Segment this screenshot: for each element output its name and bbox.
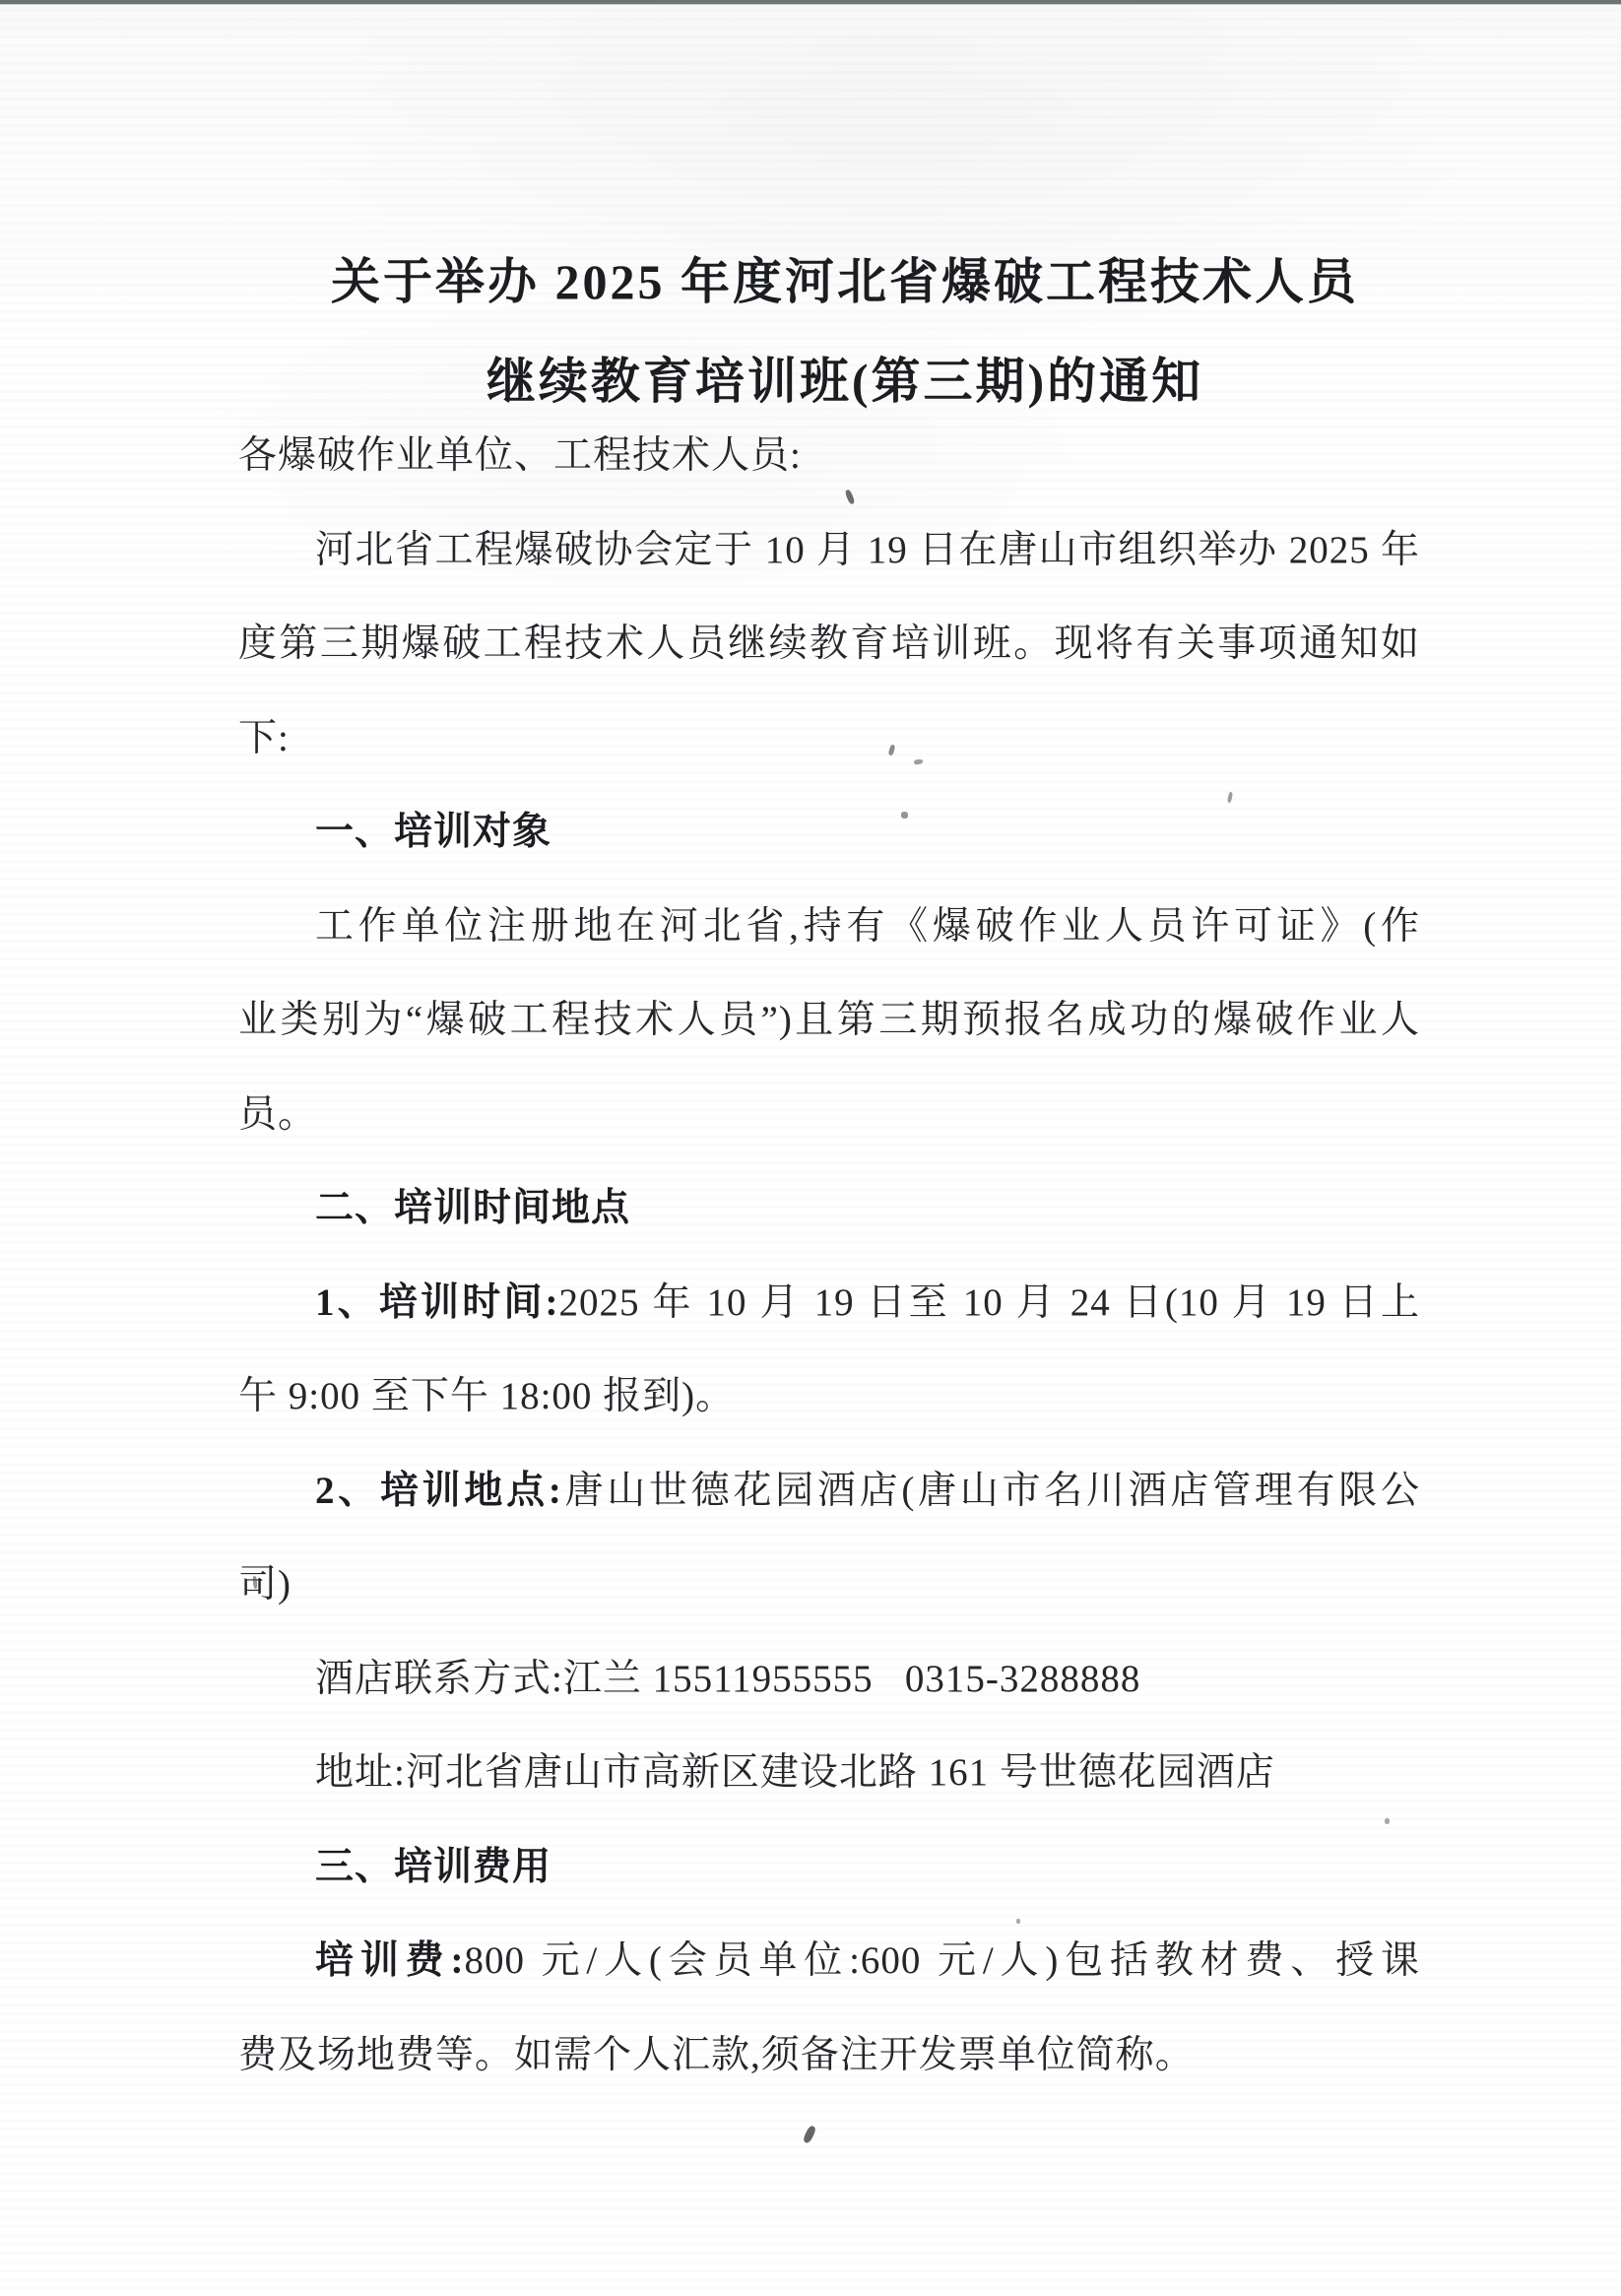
salutation-line: 各爆破作业单位、工程技术人员: [238, 431, 1420, 526]
section-heading-2: 二、培训时间地点 [238, 1184, 1420, 1279]
training-time-line-2: 午 9:00 至下午 18:00 报到)。 [238, 1372, 1420, 1467]
training-time-line-1: 1、培训时间:2025 年 10 月 19 日至 10 月 24 日(10 月 … [238, 1279, 1420, 1373]
document-body: 各爆破作业单位、工程技术人员: 河北省工程爆破协会定于 10 月 19 日在唐山… [238, 431, 1420, 2125]
scan-speckle [802, 2125, 816, 2144]
intro-line-1: 河北省工程爆破协会定于 10 月 19 日在唐山市组织举办 2025 年 [238, 526, 1420, 621]
intro-line-2: 度第三期爆破工程技术人员继续教育培训班。现将有关事项通知如 [238, 620, 1420, 714]
document-title: 关于举办 2025 年度河北省爆破工程技术人员 继续教育培训班(第三期)的通知 [254, 232, 1436, 431]
section-heading-1: 一、培训对象 [238, 808, 1420, 902]
section1-line-2: 业类别为“爆破工程技术人员”)且第三期预报名成功的爆破作业人 [238, 996, 1420, 1090]
fee-line-2: 费及场地费等。如需个人汇款,须备注开发票单位简称。 [238, 2031, 1420, 2126]
training-place-line-2: 司) [238, 1560, 1420, 1655]
fee-line-1: 培训费:800 元/人(会员单位:600 元/人)包括教材费、授课 [238, 1936, 1420, 2031]
hotel-address-line: 地址:河北省唐山市高新区建设北路 161 号世德花园酒店 [238, 1748, 1420, 1843]
training-place-line-1: 2、培训地点:唐山世德花园酒店(唐山市名川酒店管理有限公 [238, 1467, 1420, 1561]
section1-line-1: 工作单位注册地在河北省,持有《爆破作业人员许可证》(作 [238, 902, 1420, 997]
intro-line-3: 下: [238, 714, 1420, 809]
section1-line-3: 员。 [238, 1090, 1420, 1185]
section-heading-3: 三、培训费用 [238, 1843, 1420, 1937]
title-line-2: 继续教育培训班(第三期)的通知 [254, 332, 1436, 431]
title-line-1: 关于举办 2025 年度河北省爆破工程技术人员 [254, 232, 1436, 332]
scanned-document-page: 关于举办 2025 年度河北省爆破工程技术人员 继续教育培训班(第三期)的通知 … [0, 0, 1621, 2296]
hotel-contact-line: 酒店联系方式:江兰 15511955555 0315-3288888 [238, 1655, 1420, 1749]
scan-edge-line [0, 0, 1621, 4]
